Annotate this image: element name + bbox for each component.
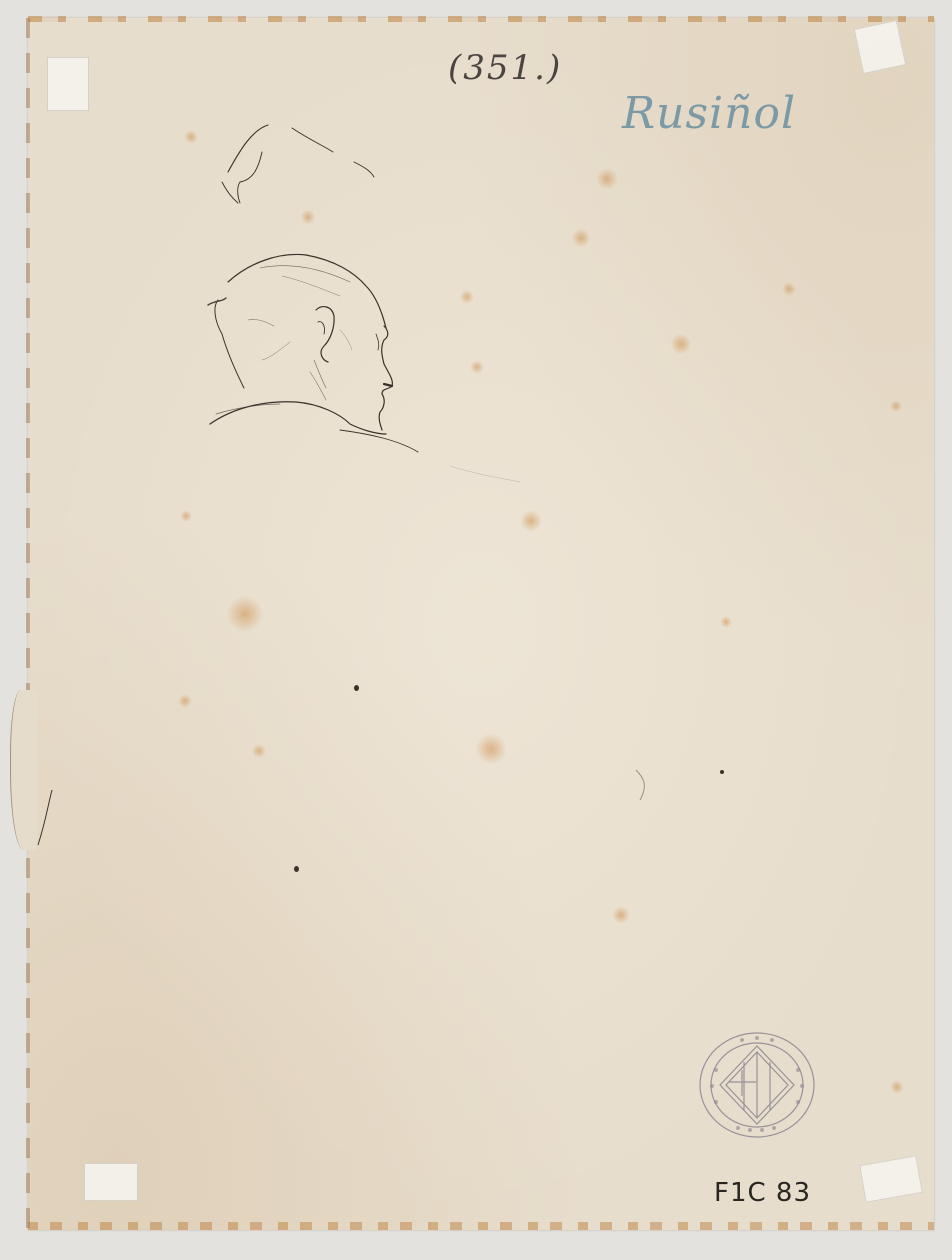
inventory-number: F1C 83 (714, 1178, 811, 1208)
collection-stamp-icon (698, 1030, 816, 1140)
artist-signature: Rusiñol (622, 88, 796, 139)
catalog-number-inscription: (351.) (448, 48, 562, 88)
